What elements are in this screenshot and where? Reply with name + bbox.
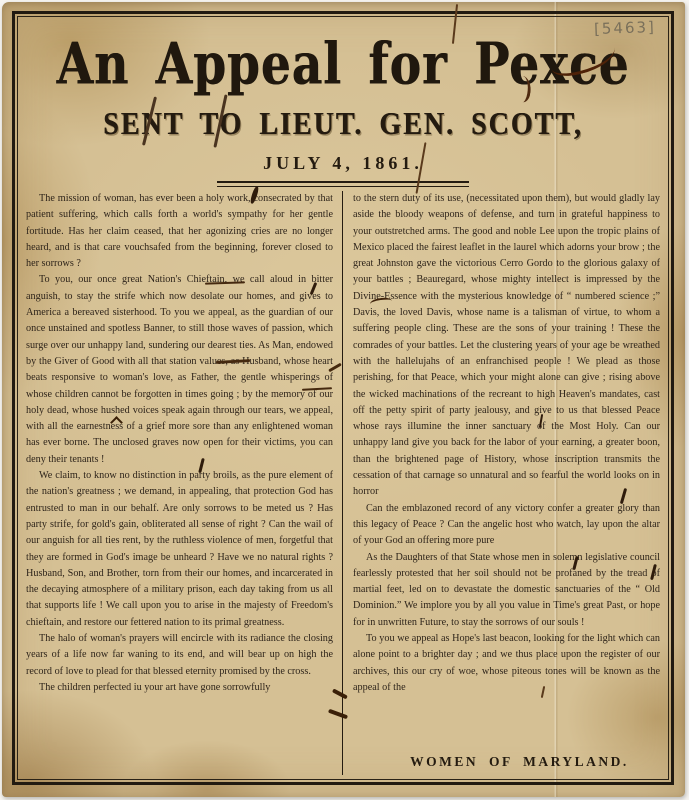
document-subtitle: SENT TO LIEUT. GEN. SCOTT, [18,107,668,143]
right-column: to the stern duty of its use, (necessita… [343,191,660,775]
left-column: The mission of woman, has ever been a ho… [26,191,343,775]
paragraph: We claim, to know no distinction in part… [26,468,333,631]
broadside-paper: [5463] An Appeal for Pexce SENT TO LIEUT… [2,2,685,797]
paragraph: To you, our once great Nation's Chieftai… [26,272,333,468]
signature-women-of-maryland: WOMEN OF MARYLAND. [383,754,656,770]
paragraph: to the stern duty of its use, (necessita… [353,191,660,501]
printed-border-frame: [5463] An Appeal for Pexce SENT TO LIEUT… [12,11,674,785]
paragraph: To you we appeal as Hope's last beacon, … [353,631,660,696]
paragraph: The mission of woman, has ever been a ho… [26,191,333,272]
paragraph: The halo of woman's prayers will encircl… [26,631,333,680]
date-line: JULY 4, 1861. [18,153,668,174]
paragraph: As the Daughters of that State whose men… [353,550,660,631]
paragraph: Can the emblazoned record of any victory… [353,501,660,550]
printed-border-inner-rule: [5463] An Appeal for Pexce SENT TO LIEUT… [17,16,669,780]
text-columns: The mission of woman, has ever been a ho… [26,191,660,775]
ornamental-double-rule [217,181,469,187]
document-title: An Appeal for Pexce [18,31,668,98]
paragraph: The children perfected iu your art have … [26,680,333,696]
